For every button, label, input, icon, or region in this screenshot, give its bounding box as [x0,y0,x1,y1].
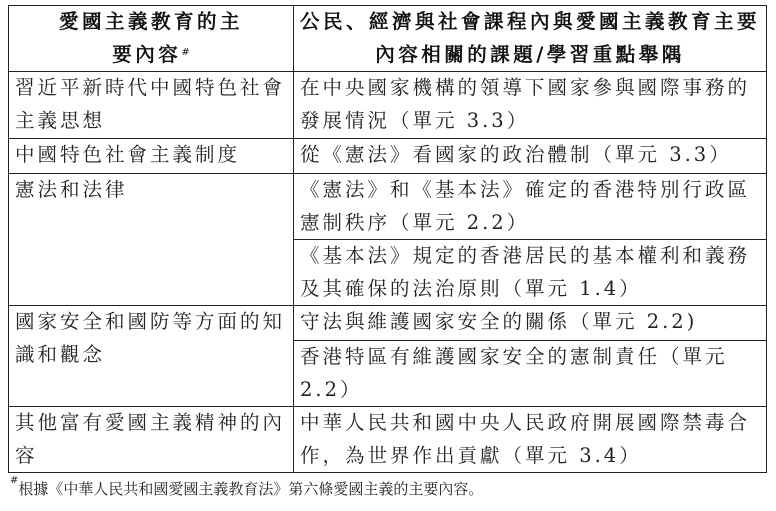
patriotic-education-table: 愛國主義教育的主要內容# 公民、經濟與社會課程內與愛國主義教育主要內容相關的課題… [8,5,767,473]
footnote-marker: # [10,475,18,486]
main-content-cell: 中國特色社會主義制度 [9,139,294,174]
table-row: 國家安全和國防等方面的知識和觀念 守法與維護國家安全的關係（單元 2.2) [9,306,767,341]
topic-cell: 香港特區有維護國家安全的憲制責任（單元 2.2） [294,341,767,407]
main-content-cell: 習近平新時代中國特色社會主義思想 [9,72,294,139]
topic-cell: 在中央國家機構的領導下國家參與國際事務的發展情況（單元 3.3） [294,72,767,139]
topic-cell: 從《憲法》看國家的政治體制（單元 3.3） [294,139,767,174]
header-main-content-label: 愛國主義教育的主要內容 [59,10,243,66]
topic-cell: 守法與維護國家安全的關係（單元 2.2) [294,306,767,341]
table-row: 中國特色社會主義制度 從《憲法》看國家的政治體制（單元 3.3） [9,139,767,174]
table-row: 其他富有愛國主義精神的內容 中華人民共和國中央人民政府開展國際禁毒合作，為世界作… [9,407,767,473]
table-row: 習近平新時代中國特色社會主義思想 在中央國家機構的領導下國家參與國際事務的發展情… [9,72,767,139]
footnote-marker: # [181,47,189,58]
footnote: #根據《中華人民共和國愛國主義教育法》第六條愛國主義的主要內容。 [10,478,483,499]
main-content-cell: 其他富有愛國主義精神的內容 [9,407,294,473]
topic-cell: 《憲法》和《基本法》確定的香港特別行政區憲制秩序（單元 2.2） [294,174,767,240]
main-content-cell: 國家安全和國防等方面的知識和觀念 [9,306,294,407]
table-row: 憲法和法律 《憲法》和《基本法》確定的香港特別行政區憲制秩序（單元 2.2） [9,174,767,240]
header-main-content: 愛國主義教育的主要內容# [9,6,294,72]
header-related-topics: 公民、經濟與社會課程內與愛國主義教育主要內容相關的課題/學習重點舉隅 [294,6,767,72]
topic-cell: 中華人民共和國中央人民政府開展國際禁毒合作，為世界作出貢獻（單元 3.4） [294,407,767,473]
main-content-cell: 憲法和法律 [9,174,294,306]
document-page: 愛國主義教育的主要內容# 公民、經濟與社會課程內與愛國主義教育主要內容相關的課題… [0,0,776,511]
topic-cell: 《基本法》規定的香港居民的基本權利和義務及其確保的法治原則（單元 1.4） [294,240,767,306]
footnote-text: 根據《中華人民共和國愛國主義教育法》第六條愛國主義的主要內容。 [18,480,483,498]
table-header-row: 愛國主義教育的主要內容# 公民、經濟與社會課程內與愛國主義教育主要內容相關的課題… [9,6,767,72]
